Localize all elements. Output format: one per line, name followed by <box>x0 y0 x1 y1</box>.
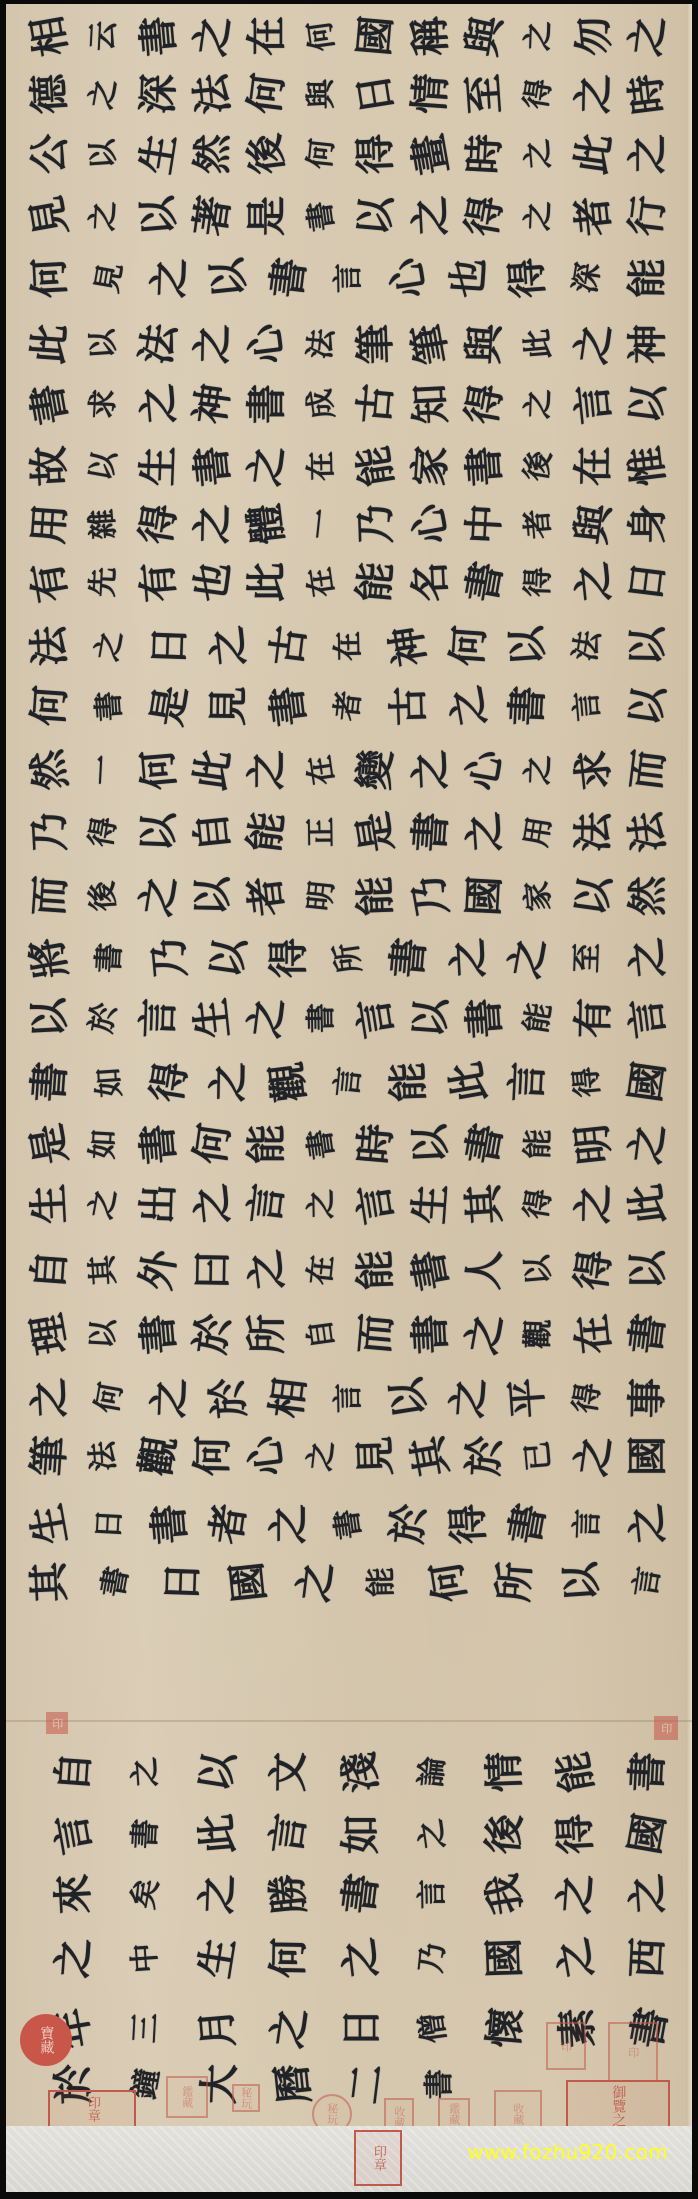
calligraphy-character: 日 <box>353 69 399 119</box>
seal-stamp: 秘玩 <box>232 2084 260 2112</box>
calligraphy-character: 者 <box>207 1499 253 1548</box>
calligraphy-character: 矣 <box>127 1870 164 1919</box>
calligraphy-character: 公 <box>29 131 72 178</box>
calligraphy-character: 此 <box>625 1180 670 1229</box>
calligraphy-character: 求 <box>88 381 120 427</box>
calligraphy-character: 何 <box>190 1119 236 1168</box>
calligraphy-character: 生 <box>194 1933 240 1983</box>
calligraphy-character: 至 <box>463 71 506 118</box>
seal-stamp: 印 <box>654 1716 678 1740</box>
calligraphy-character: 能 <box>628 256 669 301</box>
calligraphy-character: 之 <box>86 70 123 119</box>
calligraphy-character: 以 <box>560 1559 603 1606</box>
calligraphy-row: 是如書何能書時以書能明之 <box>28 1114 670 1174</box>
calligraphy-character: 以 <box>522 1247 556 1293</box>
calligraphy-character: 何 <box>447 623 490 670</box>
calligraphy-character: 在 <box>305 1247 339 1294</box>
calligraphy-character: 自 <box>191 808 235 856</box>
calligraphy-character: 之 <box>571 319 617 368</box>
calligraphy-character: 人 <box>464 1247 506 1293</box>
calligraphy-character: 用 <box>29 501 72 548</box>
calligraphy-character: 言 <box>50 1809 97 1859</box>
calligraphy-character: 國 <box>625 1057 671 1106</box>
calligraphy-character: 於 <box>464 1433 506 1479</box>
calligraphy-character: 僧 <box>416 2004 452 2052</box>
calligraphy-character: 神 <box>386 621 432 671</box>
calligraphy-character: 之 <box>447 1375 490 1422</box>
calligraphy-character: 之 <box>149 255 191 300</box>
calligraphy-character: 以 <box>137 192 181 239</box>
calligraphy-character: 生 <box>136 129 182 179</box>
calligraphy-character: 得 <box>521 70 558 118</box>
calligraphy-character: 自 <box>29 1247 72 1294</box>
calligraphy-character: 西 <box>627 1935 669 1981</box>
calligraphy-character: 之 <box>193 502 234 547</box>
calligraphy-character: 也 <box>447 255 490 302</box>
calligraphy-character: 一 <box>88 747 120 793</box>
calligraphy-character: 乃 <box>148 934 192 981</box>
calligraphy-row: 用雜得之體一乃心中者與身 <box>28 494 670 554</box>
seal-stamp: 印章 <box>48 2090 136 2128</box>
calligraphy-character: 然 <box>26 745 73 795</box>
calligraphy-character: 雜 <box>88 501 121 547</box>
calligraphy-character: 之 <box>338 1934 383 1983</box>
calligraphy-character: 之 <box>626 1500 670 1548</box>
calligraphy-character: 何 <box>245 70 290 119</box>
calligraphy-character: 能 <box>354 558 398 605</box>
calligraphy-character: 云 <box>88 13 120 59</box>
calligraphy-character: 言 <box>138 995 180 1040</box>
calligraphy-character: 以 <box>571 871 617 920</box>
calligraphy-character: 書 <box>409 809 452 856</box>
calligraphy-row: 將書乃以得所書之之至之 <box>28 928 670 988</box>
calligraphy-character: 淺 <box>338 1748 383 1797</box>
calligraphy-character: 日 <box>162 1559 204 1604</box>
calligraphy-character: 言 <box>625 994 670 1043</box>
calligraphy-character: 之 <box>571 1431 617 1480</box>
calligraphy-character: 所 <box>247 1312 287 1356</box>
calligraphy-character: 書 <box>191 442 235 490</box>
calligraphy-character: 心 <box>461 745 508 795</box>
calligraphy-character: 之 <box>625 1120 670 1169</box>
calligraphy-row: 理以書於所自而書之觀在書 <box>28 1304 670 1364</box>
image-frame: 相云書之在何國稱與之勿之德之深法何與日情至得之時公以生然後何得畫時之此之見之以著… <box>0 0 698 2199</box>
calligraphy-character: 之 <box>190 11 236 60</box>
calligraphy-character: 之 <box>409 747 451 793</box>
calligraphy-character: 以 <box>86 442 123 491</box>
calligraphy-character: 言 <box>332 1059 366 1106</box>
calligraphy-row: 然一何此之在變之心之求而 <box>28 740 670 800</box>
calligraphy-character: 月 <box>196 2004 240 2051</box>
calligraphy-character: 之 <box>628 132 668 176</box>
calligraphy-character: 文 <box>269 1750 310 1795</box>
calligraphy-character: 觀 <box>136 1431 182 1481</box>
calligraphy-row: 其書日國之能何所以言 <box>28 1552 670 1612</box>
calligraphy-character: 此 <box>190 745 236 794</box>
calligraphy-character: 自 <box>304 1310 340 1358</box>
calligraphy-character: 後 <box>521 442 558 490</box>
calligraphy-character: 書 <box>304 1120 340 1168</box>
calligraphy-character: 能 <box>523 1121 555 1166</box>
calligraphy-character: 之 <box>573 72 614 117</box>
calligraphy-character: 所 <box>331 934 367 982</box>
calligraphy-character: 以 <box>628 624 669 669</box>
calligraphy-character: 法 <box>625 808 670 857</box>
calligraphy-character: 然 <box>628 874 668 918</box>
calligraphy-character: 得 <box>461 379 508 429</box>
calligraphy-character: 法 <box>136 319 182 369</box>
calligraphy-character: 之 <box>523 193 555 238</box>
calligraphy-character: 在 <box>571 1310 615 1358</box>
calligraphy-character: 書 <box>625 1310 670 1359</box>
calligraphy-character: 書 <box>93 683 126 729</box>
calligraphy-character: 所 <box>494 1559 537 1606</box>
calligraphy-character: 明 <box>305 873 339 920</box>
calligraphy-character: 得 <box>523 559 555 604</box>
calligraphy-character: 言 <box>572 1501 604 1546</box>
calligraphy-character: 在 <box>304 558 340 606</box>
calligraphy-character: 是 <box>353 807 399 857</box>
calligraphy-character: 三 <box>130 2005 162 2051</box>
calligraphy-character: 筆 <box>29 1433 72 1480</box>
calligraphy-character: 書 <box>409 1311 451 1357</box>
calligraphy-character: 言 <box>334 256 365 301</box>
calligraphy-character: 生 <box>29 1181 71 1227</box>
calligraphy-row: 以於言生之書言以書能有言 <box>28 988 670 1048</box>
seal-stamp: 鑑藏 <box>166 2076 208 2118</box>
calligraphy-row: 公以生然後何得畫時之此之 <box>28 124 670 184</box>
calligraphy-character: 之 <box>191 1180 235 1228</box>
calligraphy-character: 國 <box>624 1809 671 1859</box>
calligraphy-character: 者 <box>571 192 615 240</box>
calligraphy-character: 是 <box>146 681 192 731</box>
round-seal-stamp: 寶藏 <box>20 2014 72 2066</box>
calligraphy-character: 言 <box>266 1809 312 1858</box>
calligraphy-character: 生 <box>26 1499 73 1549</box>
calligraphy-character: 書 <box>387 934 431 981</box>
calligraphy-character: 相 <box>26 11 73 61</box>
calligraphy-character: 於 <box>190 1309 236 1358</box>
calligraphy-row: 何見之以書言心也得深能 <box>28 248 670 308</box>
calligraphy-scroll: 相云書之在何國稱與之勿之德之深法何與日情至得之時公以生然後何得畫時之此之見之以著… <box>6 4 692 2192</box>
calligraphy-character: 之 <box>245 1246 290 1295</box>
calligraphy-character: 已 <box>522 1433 556 1479</box>
calligraphy-character: 在 <box>304 746 340 794</box>
calligraphy-character: 何 <box>304 12 340 60</box>
calligraphy-character: 法 <box>191 70 235 118</box>
calligraphy-character: 之 <box>305 1433 339 1480</box>
calligraphy-character: 家 <box>409 443 452 490</box>
calligraphy-character: 法 <box>88 1433 121 1479</box>
calligraphy-character: 得 <box>447 1501 489 1547</box>
calligraphy-character: 何 <box>137 746 181 793</box>
calligraphy-character: 書 <box>304 192 340 240</box>
calligraphy-character: 言 <box>353 1179 399 1229</box>
calligraphy-character: 能 <box>521 994 558 1042</box>
calligraphy-character: 正 <box>306 810 337 855</box>
calligraphy-character: 何 <box>91 1374 128 1423</box>
calligraphy-character: 之 <box>53 1935 96 1982</box>
calligraphy-character: 與 <box>461 11 508 61</box>
calligraphy-character: 以 <box>88 321 121 367</box>
calligraphy-character: 以 <box>29 995 71 1041</box>
calligraphy-character: 時 <box>354 1120 398 1167</box>
calligraphy-row: 生之出之言之言生其得之此 <box>28 1174 670 1234</box>
calligraphy-character: 得 <box>570 1374 607 1422</box>
calligraphy-character: 之 <box>245 442 290 491</box>
calligraphy-row: 來矣之勝書言我之之 <box>52 1864 670 1924</box>
calligraphy-character: 先 <box>88 559 120 605</box>
calligraphy-character: 用 <box>521 808 558 856</box>
calligraphy-row: 書求之神書成古知得之言以 <box>28 374 670 434</box>
calligraphy-character: 之 <box>197 1871 239 1916</box>
calligraphy-character: 之 <box>136 871 182 921</box>
calligraphy-character: 之 <box>627 1871 670 1918</box>
calligraphy-row: 何書是見書者古之書言以 <box>28 676 670 736</box>
calligraphy-character: 以 <box>138 809 180 854</box>
calligraphy-character: 以 <box>193 874 234 919</box>
calligraphy-character: 平 <box>507 1375 550 1422</box>
calligraphy-character: 心 <box>386 253 432 303</box>
calligraphy-character: 以 <box>88 131 121 177</box>
calligraphy-character: 國 <box>354 12 398 59</box>
calligraphy-character: 得 <box>507 255 550 302</box>
calligraphy-character: 其 <box>463 1181 506 1228</box>
calligraphy-character: 書 <box>130 1811 162 1857</box>
calligraphy-character: 見 <box>355 1433 397 1478</box>
calligraphy-character: 得 <box>571 1059 605 1105</box>
calligraphy-character: 勿 <box>571 12 615 60</box>
calligraphy-character: 情 <box>409 71 452 118</box>
calligraphy-character: 之 <box>626 934 670 982</box>
calligraphy-character: 見 <box>26 191 73 241</box>
calligraphy-character: 國 <box>464 873 506 919</box>
calligraphy-character: 之 <box>129 1749 162 1795</box>
calligraphy-character: 國 <box>628 1434 668 1478</box>
calligraphy-character: 稱 <box>409 13 451 59</box>
calligraphy-character: 書 <box>407 1245 454 1295</box>
calligraphy-character: 情 <box>484 1749 526 1794</box>
calligraphy-character: 此 <box>571 129 617 178</box>
calligraphy-character: 體 <box>245 500 290 549</box>
calligraphy-character: 筆 <box>355 321 397 366</box>
calligraphy-character: 言 <box>334 1376 365 1421</box>
calligraphy-character: 古 <box>267 622 312 671</box>
calligraphy-row: 有先有也此在能名書得之日 <box>28 552 670 612</box>
calligraphy-character: 國 <box>227 1558 271 1606</box>
calligraphy-character: 之 <box>447 935 489 981</box>
calligraphy-character: 書 <box>137 1310 181 1357</box>
calligraphy-character: 以 <box>409 1121 451 1167</box>
calligraphy-character: 深 <box>570 254 607 302</box>
calligraphy-character: 能 <box>367 1560 398 1605</box>
calligraphy-character: 能 <box>355 1247 397 1292</box>
calligraphy-character: 言 <box>245 1180 290 1229</box>
calligraphy-character: 得 <box>355 131 397 176</box>
calligraphy-character: 在 <box>573 444 614 489</box>
calligraphy-character: 乃 <box>407 871 454 921</box>
calligraphy-character: 而 <box>29 873 72 920</box>
calligraphy-character: 何 <box>29 255 71 301</box>
calligraphy-character: 相 <box>267 1374 312 1423</box>
calligraphy-row: 言書此言如之後得國 <box>52 1804 670 1864</box>
calligraphy-character: 之 <box>522 131 556 177</box>
calligraphy-character: 以 <box>628 1248 668 1292</box>
calligraphy-character: 之 <box>91 622 128 671</box>
calligraphy-character: 之 <box>523 747 555 792</box>
calligraphy-rows: 相云書之在何國稱與之勿之德之深法何與日情至得之時公以生然後何得畫時之此之見之以著… <box>6 4 692 2192</box>
calligraphy-character: 何 <box>193 1434 234 1479</box>
calligraphy-character: 在 <box>306 444 337 489</box>
calligraphy-character: 得 <box>269 936 309 980</box>
calligraphy-character: 以 <box>194 1747 240 1797</box>
calligraphy-character: 乃 <box>29 809 71 855</box>
calligraphy-character: 求 <box>571 746 615 794</box>
calligraphy-character: 以 <box>625 681 671 730</box>
calligraphy-character: 乃 <box>355 501 397 546</box>
calligraphy-row: 乃得以自能正是書之用法法 <box>28 802 670 862</box>
calligraphy-character: 心 <box>245 320 290 369</box>
calligraphy-character: 也 <box>190 557 236 606</box>
calligraphy-character: 法 <box>570 622 607 670</box>
calligraphy-character: 書 <box>94 935 126 981</box>
calligraphy-character: 之 <box>463 809 506 856</box>
calligraphy-row: 見之以著是書以之得之者行 <box>28 186 670 246</box>
calligraphy-character: 之 <box>269 1502 309 1546</box>
calligraphy-character: 後 <box>88 873 121 919</box>
calligraphy-character: 以 <box>625 380 670 429</box>
calligraphy-character: 能 <box>388 1059 430 1104</box>
calligraphy-character: 如 <box>88 1121 120 1167</box>
calligraphy-character: 法 <box>573 810 614 855</box>
calligraphy-character: 自 <box>53 1749 96 1796</box>
calligraphy-character: 之 <box>207 622 251 670</box>
calligraphy-character: 之 <box>245 994 290 1043</box>
calligraphy-character: 得 <box>146 1057 192 1107</box>
calligraphy-character: 能 <box>353 441 399 491</box>
calligraphy-row: 而後之以者明能乃國家以然 <box>28 866 670 926</box>
calligraphy-character: 而 <box>354 1310 398 1357</box>
seal-stamp: 印 <box>46 1712 68 1734</box>
calligraphy-character: 書 <box>98 1558 135 1607</box>
calligraphy-character: 惟 <box>625 442 670 491</box>
calligraphy-character: 其 <box>88 1247 121 1293</box>
calligraphy-character: 見 <box>91 254 128 303</box>
calligraphy-row: 書如得之觀言能此言得國 <box>28 1052 670 1112</box>
calligraphy-character: 懷 <box>484 2004 528 2051</box>
calligraphy-character: 書 <box>29 1059 72 1106</box>
calligraphy-row: 之何之於相言以之平得事 <box>28 1368 670 1428</box>
calligraphy-character: 者 <box>522 501 556 547</box>
calligraphy-character: 之 <box>523 381 555 426</box>
calligraphy-character: 日 <box>625 558 670 607</box>
calligraphy-character: 古 <box>354 380 398 427</box>
calligraphy-character: 然 <box>193 132 234 177</box>
calligraphy-character: 何 <box>29 683 72 730</box>
calligraphy-character: 勝 <box>267 1870 311 1918</box>
calligraphy-character: 之 <box>149 1375 191 1420</box>
calligraphy-character: 之 <box>415 1810 451 1858</box>
calligraphy-character: 心 <box>407 499 454 549</box>
calligraphy-character: 能 <box>247 1122 287 1166</box>
calligraphy-character: 之 <box>553 1933 600 1983</box>
calligraphy-character: 神 <box>628 322 668 366</box>
calligraphy-character: 得 <box>136 499 182 549</box>
calligraphy-character: 此 <box>196 1810 240 1857</box>
calligraphy-character: 書 <box>627 1749 669 1795</box>
calligraphy-character: 之 <box>193 322 234 367</box>
calligraphy-character: 之 <box>625 12 670 61</box>
calligraphy-character: 以 <box>354 192 398 239</box>
calligraphy-row: 生日書者之書於得書言之 <box>28 1494 670 1554</box>
calligraphy-character: 言 <box>571 683 605 729</box>
calligraphy-character: 生 <box>138 443 180 488</box>
calligraphy-character: 觀 <box>523 1311 555 1356</box>
calligraphy-character: 之 <box>306 1182 337 1227</box>
calligraphy-character: 身 <box>628 502 668 546</box>
calligraphy-character: 有 <box>137 558 181 605</box>
calligraphy-row: 筆法觀何心之見其於已之國 <box>28 1426 670 1486</box>
calligraphy-character: 理 <box>26 1309 73 1359</box>
calligraphy-character: 著 <box>190 191 236 240</box>
calligraphy-character: 有 <box>26 557 73 607</box>
calligraphy-character: 之 <box>523 13 555 58</box>
calligraphy-character: 言 <box>630 1558 667 1606</box>
calligraphy-character: 名 <box>409 559 451 605</box>
calligraphy-character: 得 <box>461 191 508 241</box>
calligraphy-row: 自之以文淺論情能書 <box>52 1742 670 1802</box>
calligraphy-character: 以 <box>409 995 452 1042</box>
calligraphy-character: 行 <box>625 192 670 241</box>
calligraphy-character: 之 <box>247 748 287 792</box>
calligraphy-character: 以 <box>88 1311 120 1357</box>
calligraphy-character: 之 <box>88 193 120 239</box>
calligraphy-character: 書 <box>267 254 312 303</box>
calligraphy-character: 能 <box>245 808 290 857</box>
calligraphy-character: 書 <box>463 995 506 1042</box>
calligraphy-character: 心 <box>245 1432 290 1481</box>
calligraphy-character: 日 <box>94 1501 126 1547</box>
calligraphy-character: 得 <box>521 1180 558 1228</box>
calligraphy-character: 外 <box>136 1245 182 1295</box>
calligraphy-character: 成 <box>304 380 340 428</box>
calligraphy-character: 在 <box>247 14 287 58</box>
calligraphy-character: 之 <box>29 1375 71 1421</box>
calligraphy-character: 與 <box>571 499 617 548</box>
calligraphy-character: 能 <box>355 873 397 918</box>
calligraphy-row: 法之日之古在神何以法以 <box>28 616 670 676</box>
calligraphy-character: 此 <box>522 321 556 367</box>
calligraphy-character: 日 <box>149 623 191 668</box>
calligraphy-character: 言 <box>507 1059 549 1105</box>
calligraphy-character: 來 <box>53 1871 95 1917</box>
calligraphy-character: 書 <box>463 443 506 490</box>
calligraphy-character: 書 <box>338 1870 383 1919</box>
calligraphy-character: 變 <box>354 746 398 793</box>
calligraphy-character: 與 <box>464 321 506 367</box>
calligraphy-character: 古 <box>388 683 430 728</box>
calligraphy-character: 之 <box>293 1558 338 1607</box>
calligraphy-character: 能 <box>553 1747 600 1797</box>
calligraphy-character: 後 <box>483 1810 527 1857</box>
seal-stamp: 印 <box>608 2022 658 2082</box>
calligraphy-character: 書 <box>507 683 549 729</box>
calligraphy-character: 書 <box>331 1500 367 1548</box>
calligraphy-character: 如 <box>341 1812 381 1856</box>
watermark-text: www.fozhu920.com <box>467 2140 668 2164</box>
calligraphy-character: 以 <box>207 933 253 982</box>
calligraphy-character: 於 <box>207 1374 251 1422</box>
